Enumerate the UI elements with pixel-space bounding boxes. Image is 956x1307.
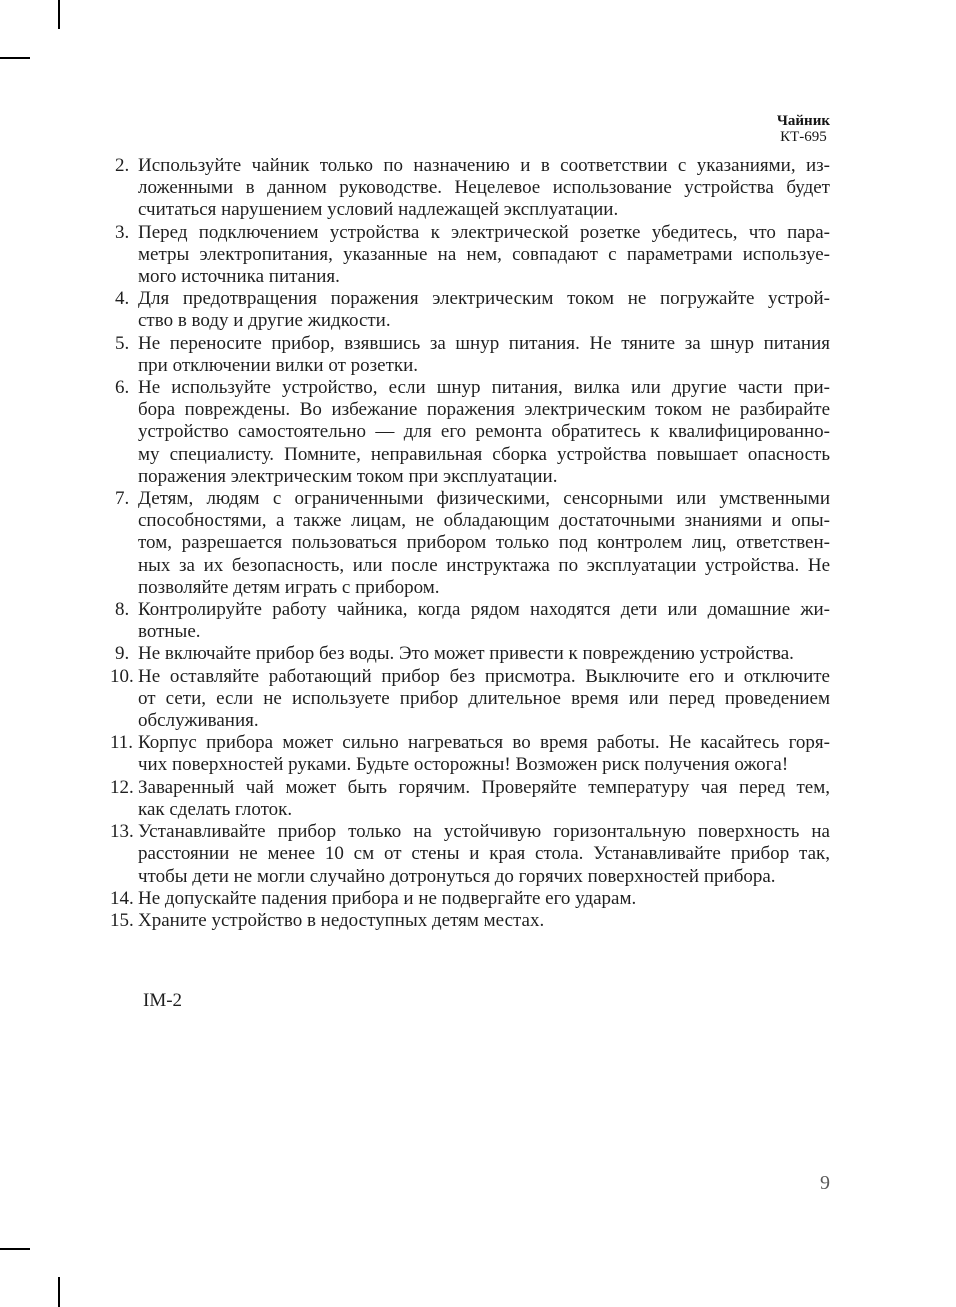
list-item-line: поражения электрическим током при эксплу… <box>138 466 830 488</box>
list-item-line: устройство самостоятельно — для его ремо… <box>138 421 830 443</box>
list-item: 15.Храните устройство в недоступных детя… <box>110 910 830 932</box>
list-item-line: том, разрешается пользоваться прибором т… <box>138 532 830 554</box>
list-item-line: Контролируйте работу чайника, когда рядо… <box>138 599 830 621</box>
list-item-line: от сети, если не используете прибор длит… <box>138 688 830 710</box>
crop-mark-top-horizontal <box>0 57 30 59</box>
list-item-number: 2. <box>110 155 143 177</box>
list-item-number: 15. <box>110 910 138 932</box>
list-item-number: 4. <box>110 288 143 310</box>
list-item-line: вотные. <box>138 621 830 643</box>
list-item-number: 12. <box>110 777 138 799</box>
model-number: КТ-695 <box>777 129 830 145</box>
list-item-line: Храните устройство в недоступных детям м… <box>138 910 830 932</box>
list-item-line: Корпус прибора может сильно нагреваться … <box>138 732 830 754</box>
list-item-line: чтобы дети не могли случайно дотронуться… <box>138 866 830 888</box>
list-item: 9.Не включайте прибор без воды. Это може… <box>110 643 830 665</box>
list-item-line: бора повреждены. Во избежание поражения … <box>138 399 830 421</box>
list-item-line: позволяйте детям играть с прибором. <box>138 577 830 599</box>
list-item: 11.Корпус прибора может сильно нагревать… <box>110 732 830 776</box>
list-item: 7.Детям, людям с ограниченными физически… <box>110 488 830 599</box>
list-item-line: Для предотвращения поражения электрическ… <box>138 288 830 310</box>
list-item: 8.Контролируйте работу чайника, когда ря… <box>110 599 830 643</box>
list-item-line: Детям, людям с ограниченными физическими… <box>138 488 830 510</box>
list-item-number: 5. <box>110 333 143 355</box>
running-head: Чайник КТ-695 <box>777 113 830 145</box>
list-item: 5.Не переносите прибор, взявшись за шнур… <box>110 333 830 377</box>
list-item-line: Не переносите прибор, взявшись за шнур п… <box>138 333 830 355</box>
list-item-line: му специалисту. Помните, неправильная сб… <box>138 444 830 466</box>
crop-mark-top-vertical <box>58 0 60 29</box>
list-item-number: 8. <box>110 599 143 621</box>
list-item: 14.Не допускайте падения прибора и не по… <box>110 888 830 910</box>
list-item-line: Перед подключением устройства к электрич… <box>138 222 830 244</box>
list-item-number: 9. <box>110 643 143 665</box>
list-item-line: метры электропитания, указанные на нем, … <box>138 244 830 266</box>
list-item: 13.Устанавливайте прибор только на устой… <box>110 821 830 888</box>
list-item-line: Не используйте устройство, если шнур пит… <box>138 377 830 399</box>
list-item: 10.Не оставляйте работающий прибор без п… <box>110 666 830 733</box>
list-item: 12.Заваренный чай может быть горячим. Пр… <box>110 777 830 821</box>
crop-mark-bottom-horizontal <box>0 1248 30 1250</box>
list-item-line: мого источника питания. <box>138 266 830 288</box>
document-code: IM-2 <box>143 990 182 1012</box>
list-item: 3.Перед подключением устройства к электр… <box>110 222 830 289</box>
list-item-line: Не оставляйте работающий прибор без прис… <box>138 666 830 688</box>
list-item-number: 7. <box>110 488 143 510</box>
list-item-number: 10. <box>110 666 138 688</box>
list-item-line: чих поверхностей руками. Будьте осторожн… <box>138 754 830 776</box>
list-item-line: ложенными в данном руководстве. Нецелево… <box>138 177 830 199</box>
product-name: Чайник <box>777 113 830 129</box>
list-item-line: Используйте чайник только по назначению … <box>138 155 830 177</box>
list-item-number: 6. <box>110 377 143 399</box>
list-item-number: 11. <box>110 732 138 754</box>
list-item-line: ство в воду и другие жидкости. <box>138 310 830 332</box>
list-item-line: при отключении вилки от розетки. <box>138 355 830 377</box>
safety-list: 2.Используйте чайник только по назначени… <box>110 155 830 932</box>
list-item-number: 3. <box>110 222 143 244</box>
list-item: 4.Для предотвращения поражения электриче… <box>110 288 830 332</box>
list-item-line: как сделать глоток. <box>138 799 830 821</box>
list-item-line: Не включайте прибор без воды. Это может … <box>138 643 830 665</box>
list-item: 6.Не используйте устройство, если шнур п… <box>110 377 830 488</box>
list-item-number: 14. <box>110 888 138 910</box>
list-item-line: Устанавливайте прибор только на устойчив… <box>138 821 830 843</box>
list-item: 2.Используйте чайник только по назначени… <box>110 155 830 222</box>
list-item-number: 13. <box>110 821 138 843</box>
list-item-line: расстоянии не менее 10 см от стены и кра… <box>138 843 830 865</box>
manual-page: Чайник КТ-695 2.Используйте чайник тольк… <box>0 0 956 1307</box>
list-item-line: ных за их безопасность, или после инстру… <box>138 555 830 577</box>
crop-mark-bottom-vertical <box>58 1277 60 1307</box>
page-number: 9 <box>820 1172 830 1194</box>
list-item-line: Не допускайте падения прибора и не подве… <box>138 888 830 910</box>
list-item-line: Заваренный чай может быть горячим. Прове… <box>138 777 830 799</box>
list-item-line: способностями, а также лицам, не обладаю… <box>138 510 830 532</box>
list-item-line: обслуживания. <box>138 710 830 732</box>
list-item-line: считаться нарушением условий надлежащей … <box>138 199 830 221</box>
